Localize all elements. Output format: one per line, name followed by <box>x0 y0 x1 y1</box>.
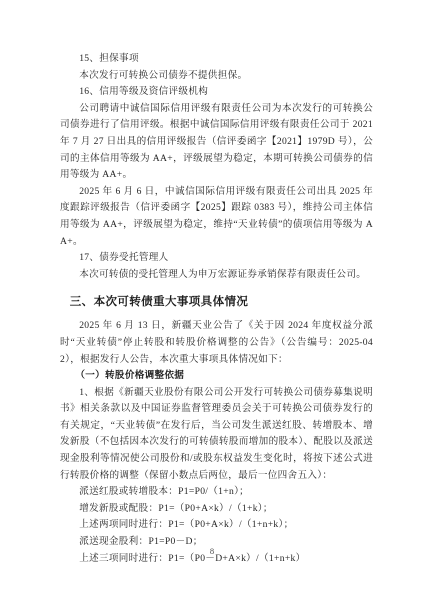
formula-line-two-combined: 上述两项同时进行：P1=（P0+A×k）/（1+n+k）； <box>60 517 373 534</box>
para-item17-body: 本次可转债的受托管理人为申万宏源证券承销保荐有限责任公司。 <box>60 267 373 284</box>
formula-line-new-shares: 增发新股或配股：P1=（P0+A×k）/（1+k）； <box>60 501 373 518</box>
formula-line-bonus-shares: 派送红股或转增股本：P1=P0/（1+n）； <box>60 484 373 501</box>
para-item16-title: 16、信用等级及资信评级机构 <box>60 84 373 101</box>
para-item16-tracking-rating-2025: 2025 年 6 月 6 日，中诚信国际信用评级有限责任公司出具 2025 年度… <box>60 184 373 250</box>
para-item16-credit-rating-2021: 公司聘请中诚信国际信用评级有限责任公司为本次发行的可转换公司债券进行了信用评级。… <box>60 101 373 184</box>
para-item15-title: 15、担保事项 <box>60 51 373 68</box>
page-number: 8 <box>0 546 424 556</box>
para-item15-body: 本次发行可转换公司债券不提供担保。 <box>60 68 373 85</box>
document-page: 15、担保事项 本次发行可转换公司债券不提供担保。 16、信用等级及资信评级机构… <box>0 0 424 600</box>
sub-heading-price-adjustment-basis: （一）转股价格调整依据 <box>60 368 373 385</box>
para-price-adjustment-rules: 1、根据《新疆天业股份有限公司公开发行可转换公司债券募集说明书》相关条款以及中国… <box>60 385 373 485</box>
para-item17-title: 17、债券受托管理人 <box>60 250 373 267</box>
para-announcement-intro: 2025 年 6 月 13 日，新疆天业公告了《关于因 2024 年度权益分派时… <box>60 318 373 368</box>
section-heading-major-events: 三、本次可转债重大事项具体情况 <box>60 293 373 311</box>
